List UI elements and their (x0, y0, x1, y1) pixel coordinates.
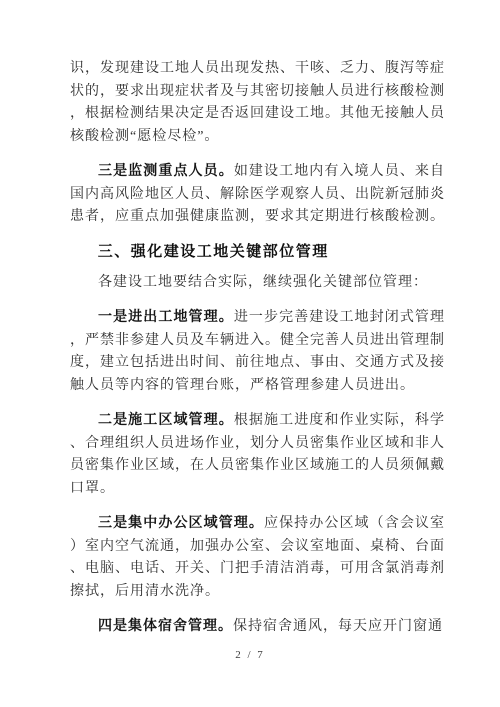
paragraph-office-area: 三是集中办公区域管理。应保持办公区域（含会议室）室内空气流通，加强办公室、会议室… (70, 513, 445, 603)
paragraph-lead: 三是集中办公区域管理。 (98, 516, 264, 531)
paragraph-site-access: 一是进出工地管理。进一步完善建设工地封闭式管理，严禁非参建人员及车辆进入。健全完… (70, 307, 445, 397)
paragraph-text: 各建设工地要结合实际，继续强化关键部位管理： (98, 275, 428, 290)
paragraph-lead: 三是监测重点人员。 (98, 164, 234, 179)
section-heading: 三、强化建设工地关键部位管理 (70, 242, 445, 262)
paragraph-lead: 一是进出工地管理。 (98, 310, 234, 325)
paragraph-section-intro: 各建设工地要结合实际，继续强化关键部位管理： (70, 272, 445, 295)
paragraph-work-area: 二是施工区域管理。根据施工进度和作业实际，科学、合理组织人员进场作业，划分人员密… (70, 410, 445, 500)
paragraph-continuation: 识，发现建设工地人员出现发热、干咳、乏力、腹泻等症状的，要求出现症状者及与其密切… (70, 58, 445, 148)
document-page: 识，发现建设工地人员出现发热、干咳、乏力、腹泻等症状的，要求出现症状者及与其密切… (0, 0, 500, 707)
paragraph-monitor-key-people: 三是监测重点人员。如建设工地内有入境人员、来自国内高风险地区人员、解除医学观察人… (70, 161, 445, 229)
paragraph-lead: 二是施工区域管理。 (98, 413, 234, 428)
paragraph-text: 保持宿舍通风，每天应开门窗通 (233, 619, 443, 634)
paragraph-dormitory: 四是集体宿舍管理。保持宿舍通风，每天应开门窗通 (70, 616, 445, 639)
page-number: 2 / 7 (235, 649, 265, 661)
document-body: 识，发现建设工地人员出现发热、干咳、乏力、腹泻等症状的，要求出现症状者及与其密切… (70, 58, 445, 652)
paragraph-lead: 四是集体宿舍管理。 (98, 619, 233, 634)
page-footer: 2 / 7 (0, 649, 500, 661)
paragraph-text: 识，发现建设工地人员出现发热、干咳、乏力、腹泻等症状的，要求出现症状者及与其密切… (70, 61, 445, 144)
